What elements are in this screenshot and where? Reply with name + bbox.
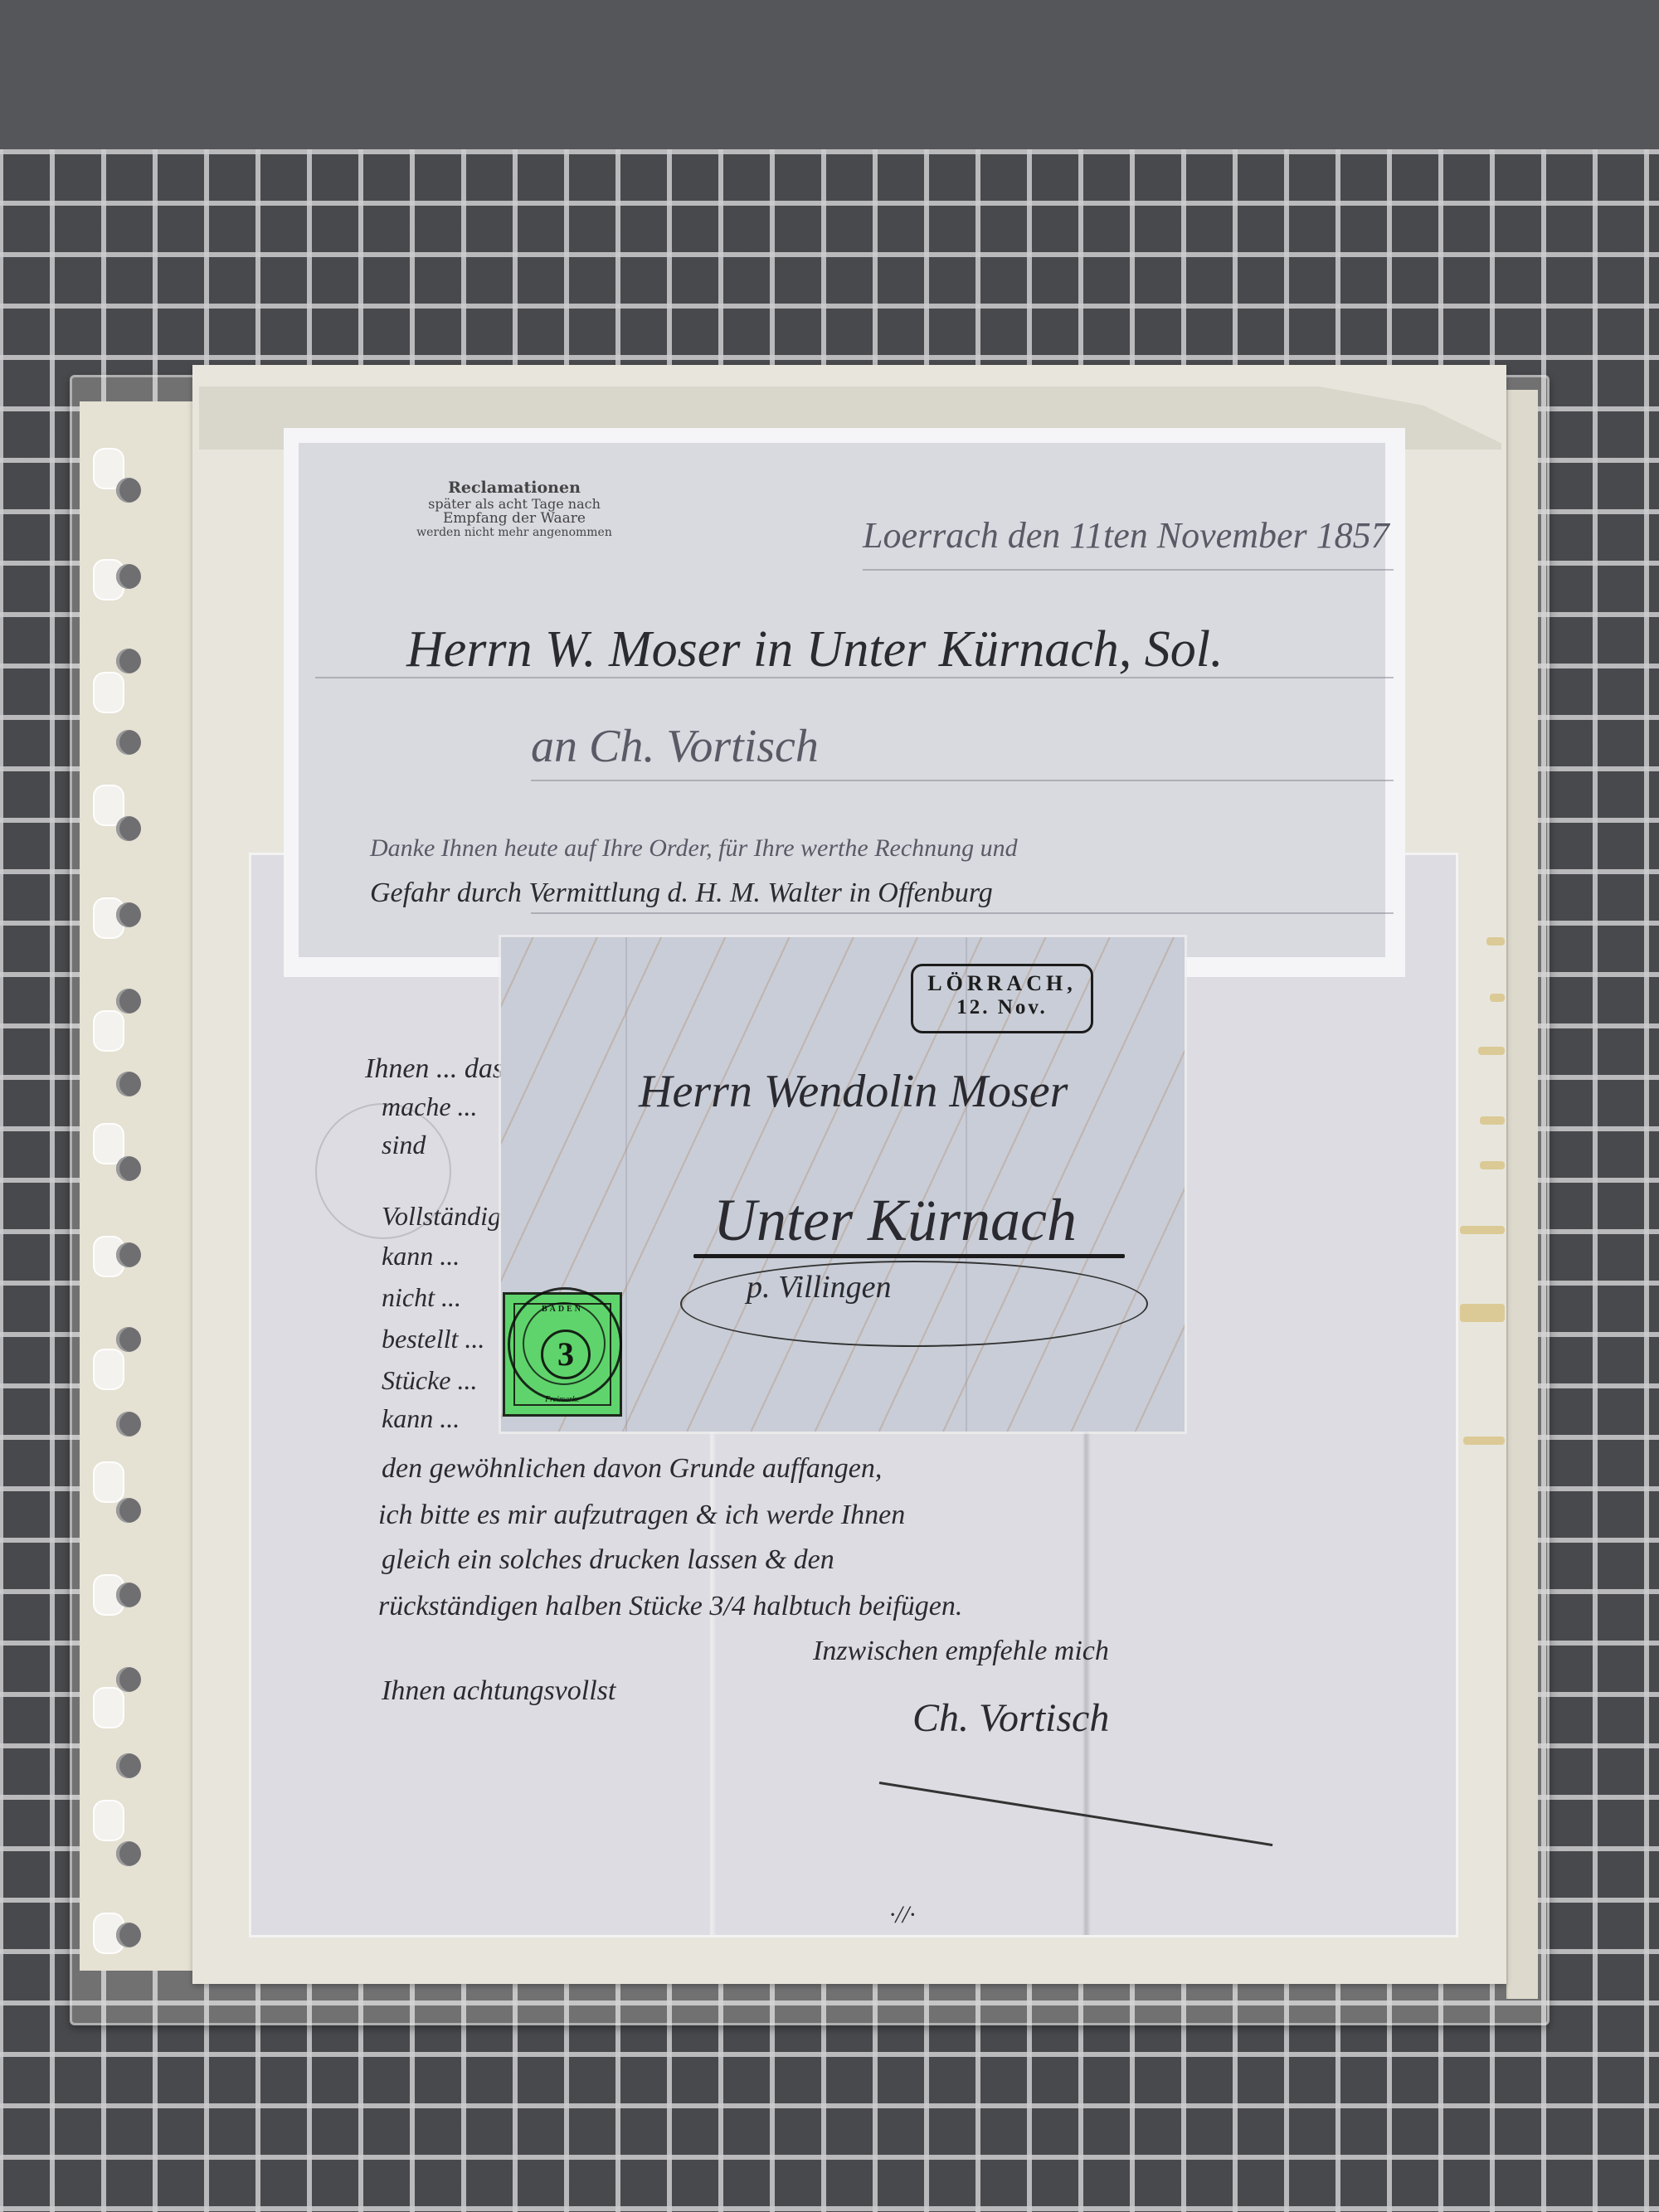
notice-line: Empfang der Waare	[406, 511, 622, 527]
letter-line: rückständigen halben Stücke 3/4 halbtuch…	[378, 1591, 962, 1622]
letter-text-line: Gefahr durch Vermittlung d. H. M. Walter…	[370, 878, 993, 909]
punch-slot	[93, 1687, 124, 1728]
punch-slot	[93, 1349, 124, 1390]
glue-mark	[1478, 1047, 1505, 1055]
punch-slot	[93, 1461, 124, 1503]
punch-hole	[116, 478, 141, 503]
punch-hole	[116, 1841, 141, 1866]
punch-hole	[116, 816, 141, 841]
glue-mark	[1486, 937, 1505, 946]
signature: Ch. Vortisch	[912, 1695, 1109, 1741]
punch-hole	[116, 1242, 141, 1267]
punch-hole	[116, 1753, 141, 1778]
glue-mark	[1490, 994, 1505, 1002]
punch-hole	[116, 1412, 141, 1437]
glue-mark	[1480, 1116, 1505, 1125]
album-page-edge	[1506, 390, 1538, 1999]
punch-hole	[116, 1667, 141, 1692]
punch-hole	[116, 649, 141, 673]
postmark-date: 12. Nov.	[913, 996, 1091, 1019]
glue-mark	[1460, 1226, 1505, 1234]
punch-hole	[116, 1582, 141, 1607]
letter-line: ich bitte es mir aufzutragen & ich werde…	[378, 1500, 905, 1531]
glue-mark	[1460, 1304, 1505, 1322]
letter-text-line: Danke Ihnen heute auf Ihre Order, für Ih…	[370, 834, 1018, 863]
punch-hole	[116, 1327, 141, 1352]
punch-slot	[93, 1123, 124, 1164]
desk-background	[0, 0, 1659, 151]
notice-line: werden nicht mehr angenommen	[406, 527, 622, 539]
letter-line: kann ...	[382, 1241, 460, 1271]
ring-cancel-inner	[523, 1302, 606, 1385]
place-date: Loerrach den 11ten November 1857	[863, 514, 1389, 557]
ruled-line	[863, 569, 1394, 571]
notice-line: Reclamationen	[406, 479, 622, 497]
punch-slot	[93, 1800, 124, 1841]
page-mark: ·//·	[889, 1901, 916, 1929]
binder-strip	[80, 401, 194, 1971]
letter-line: mache ...	[382, 1091, 478, 1122]
town-postmark-box: LÖRRACH, 12. Nov.	[911, 964, 1093, 1033]
letter-line: Inzwischen empfehle mich	[813, 1636, 1109, 1667]
letter-line: Stücke ...	[382, 1365, 478, 1396]
cover-address-name: Herrn Wendolin Moser	[639, 1065, 1068, 1118]
sender-line: an Ch. Vortisch	[531, 720, 819, 773]
letter-line: gleich ein solches drucken lassen & den	[382, 1544, 834, 1576]
letter-line: kann ...	[382, 1403, 460, 1434]
punch-hole	[116, 989, 141, 1014]
punch-slot	[93, 672, 124, 713]
notice-line: später als acht Tage nach	[406, 497, 622, 512]
glue-mark	[1480, 1161, 1505, 1169]
punch-slot	[93, 1010, 124, 1052]
cover-address-town: Unter Kürnach	[713, 1186, 1077, 1255]
punch-hole	[116, 730, 141, 755]
cover-fold	[625, 937, 627, 1432]
letter-line: Ihnen achtungsvollst	[382, 1675, 615, 1707]
address-flourish	[680, 1261, 1148, 1347]
letter-line: den gewöhnlichen davon Grunde auffangen,	[382, 1453, 882, 1485]
letter-line: sind	[382, 1130, 426, 1160]
postmark-town: LÖRRACH,	[913, 971, 1091, 996]
letterhead-notice: Reclamationen später als acht Tage nach …	[406, 479, 622, 540]
ruled-line	[531, 912, 1394, 914]
letter-line: bestellt ...	[382, 1324, 484, 1354]
punch-hole	[116, 564, 141, 589]
ruled-line	[531, 780, 1394, 781]
address-underline	[693, 1254, 1125, 1258]
glue-mark	[1463, 1437, 1505, 1445]
punch-hole	[116, 1923, 141, 1947]
punch-hole	[116, 1156, 141, 1181]
punch-hole	[116, 1498, 141, 1523]
addressee-line: Herrn W. Moser in Unter Kürnach, Sol.	[406, 620, 1224, 679]
punch-hole	[116, 1072, 141, 1096]
letter-line: nicht ...	[382, 1282, 461, 1313]
punch-hole	[116, 902, 141, 927]
